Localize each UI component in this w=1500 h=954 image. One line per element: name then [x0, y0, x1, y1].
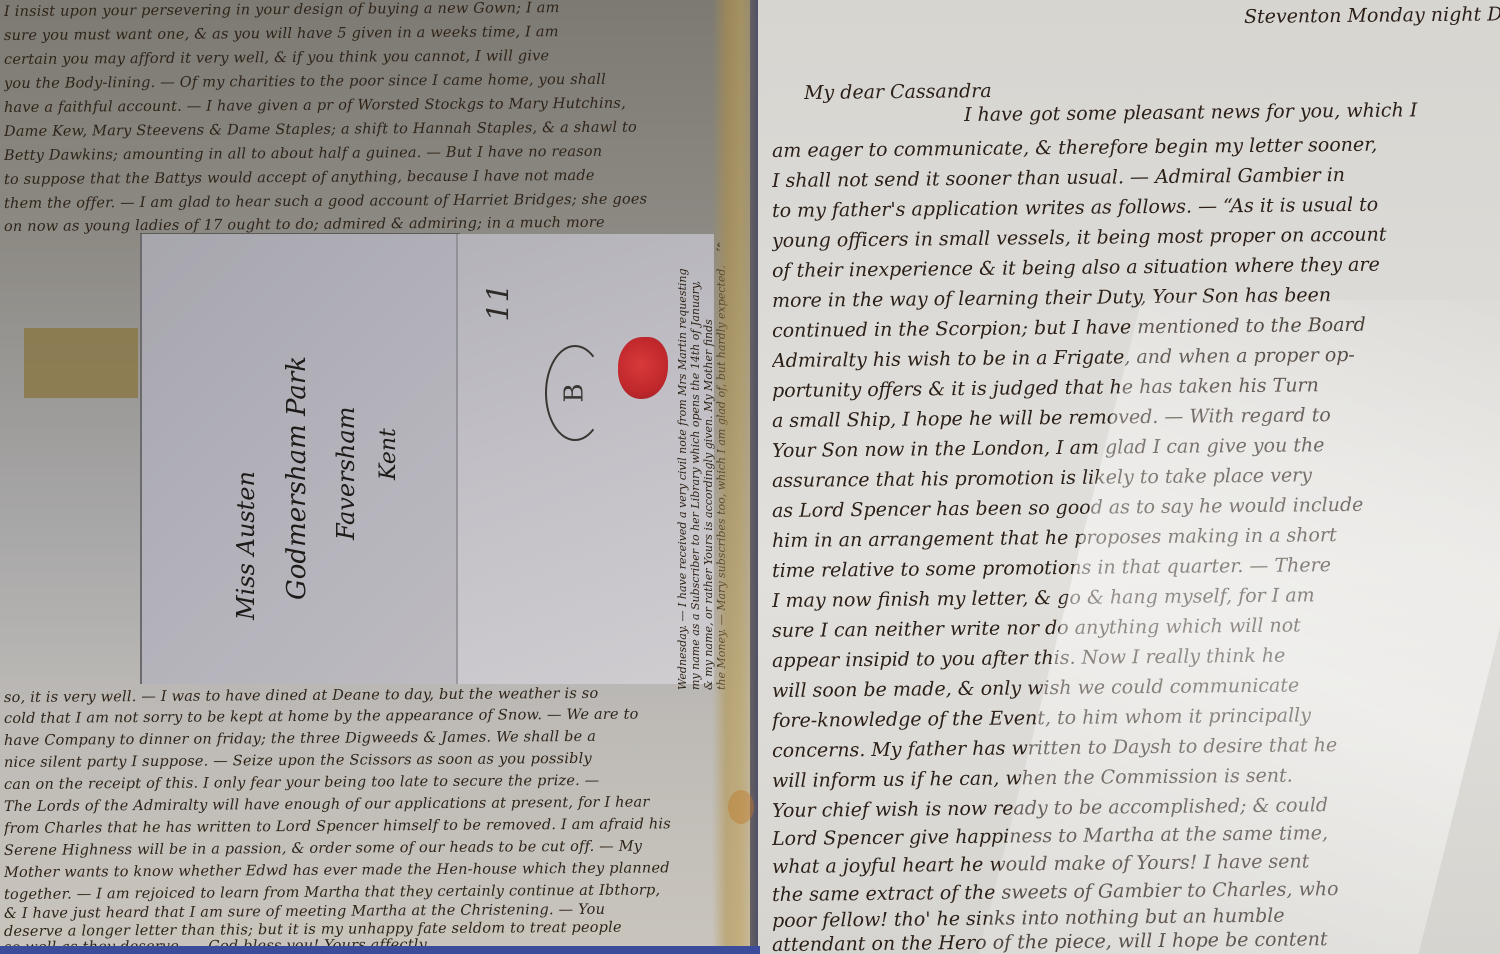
dateline: Steventon Monday night Dec: 24th: [1244, 0, 1500, 28]
letter-line: will inform us if he can, when the Commi…: [772, 762, 1500, 792]
letter-line: sure I can neither write nor do anything…: [772, 612, 1500, 642]
letter-line: him in an arrangement that he proposes m…: [772, 522, 1500, 552]
letter-line: Your Son now in the London, I am glad I …: [772, 432, 1500, 462]
postmark-letter: B: [560, 383, 590, 402]
left-text-line: sure you must want one, & as you will ha…: [4, 23, 744, 50]
letter-line: continued in the Scorpion; but I have me…: [772, 312, 1500, 342]
left-text-line: have a faithful account. — I have given …: [4, 95, 744, 122]
letter-line: concerns. My father has written to Daysh…: [772, 732, 1500, 762]
letter-line: time relative to some promotions in that…: [772, 552, 1500, 582]
letter-line: what a joyful heart he would make of You…: [772, 848, 1500, 878]
letter-line: I shall not send it sooner than usual. —…: [772, 162, 1500, 192]
letter-line: portunity offers & it is judged that he …: [772, 372, 1500, 402]
left-text-line: to suppose that the Battys would accept …: [4, 167, 744, 194]
address-town: Faversham: [332, 407, 360, 540]
address-recipient: Miss Austen: [232, 471, 260, 620]
postage-number: 11: [482, 283, 517, 321]
letter-line: young officers in small vessels, it bein…: [772, 222, 1500, 252]
letter-line: will soon be made, & only wish we could …: [772, 672, 1500, 702]
letter-line: a small Ship, I hope he will be removed.…: [772, 402, 1500, 432]
letter-line: as Lord Spencer has been so good as to s…: [772, 492, 1500, 522]
letter-line: Lord Spencer give happiness to Martha at…: [772, 820, 1500, 850]
letter-line: to my father's application writes as fol…: [772, 192, 1500, 222]
cross-note-line: Wednesday. — I have received a very civi…: [676, 250, 689, 690]
letter-line: Admiralty his wish to be in a Frigate, a…: [772, 342, 1500, 372]
letter-right-page: Steventon Monday night Dec: 24th My dear…: [758, 0, 1500, 954]
letter-line: of their inexperience & it being also a …: [772, 252, 1500, 282]
letter-line: the same extract of the sweets of Gambie…: [772, 876, 1500, 906]
letter-line: appear insipid to you after this. Now I …: [772, 642, 1500, 672]
letter-line: assurance that his promotion is likely t…: [772, 462, 1500, 492]
left-text-line: certain you may afford it very well, & i…: [4, 47, 744, 74]
address-house: Godmersham Park: [282, 356, 312, 600]
frame-border-bottom: [0, 946, 760, 954]
letter-line: more in the way of learning their Duty, …: [772, 282, 1500, 312]
address-county: Kent: [376, 428, 401, 480]
age-stain-spot: [728, 790, 754, 824]
letter-line: fore-knowledge of the Event, to him whom…: [772, 702, 1500, 732]
letter-line: Your chief wish is now ready to be accom…: [772, 792, 1500, 822]
left-text-line: I insist upon your persevering in your d…: [4, 0, 744, 26]
fold-line: [456, 234, 458, 684]
letter-line: I may now finish my letter, & go & hang …: [772, 582, 1500, 612]
letter-line: am eager to communicate, & therefore beg…: [772, 132, 1500, 162]
left-text-line: you the Body-lining. — Of my charities t…: [4, 71, 744, 98]
left-text-line: Dame Kew, Mary Steevens & Dame Staples; …: [4, 119, 744, 146]
seal-tab-stain: [24, 328, 138, 398]
left-text-line: Betty Dawkins; amounting in all to about…: [4, 143, 744, 170]
cross-note-line: my name as a Subscriber to her Library w…: [689, 250, 702, 690]
postmark-stamp: B: [545, 345, 605, 441]
